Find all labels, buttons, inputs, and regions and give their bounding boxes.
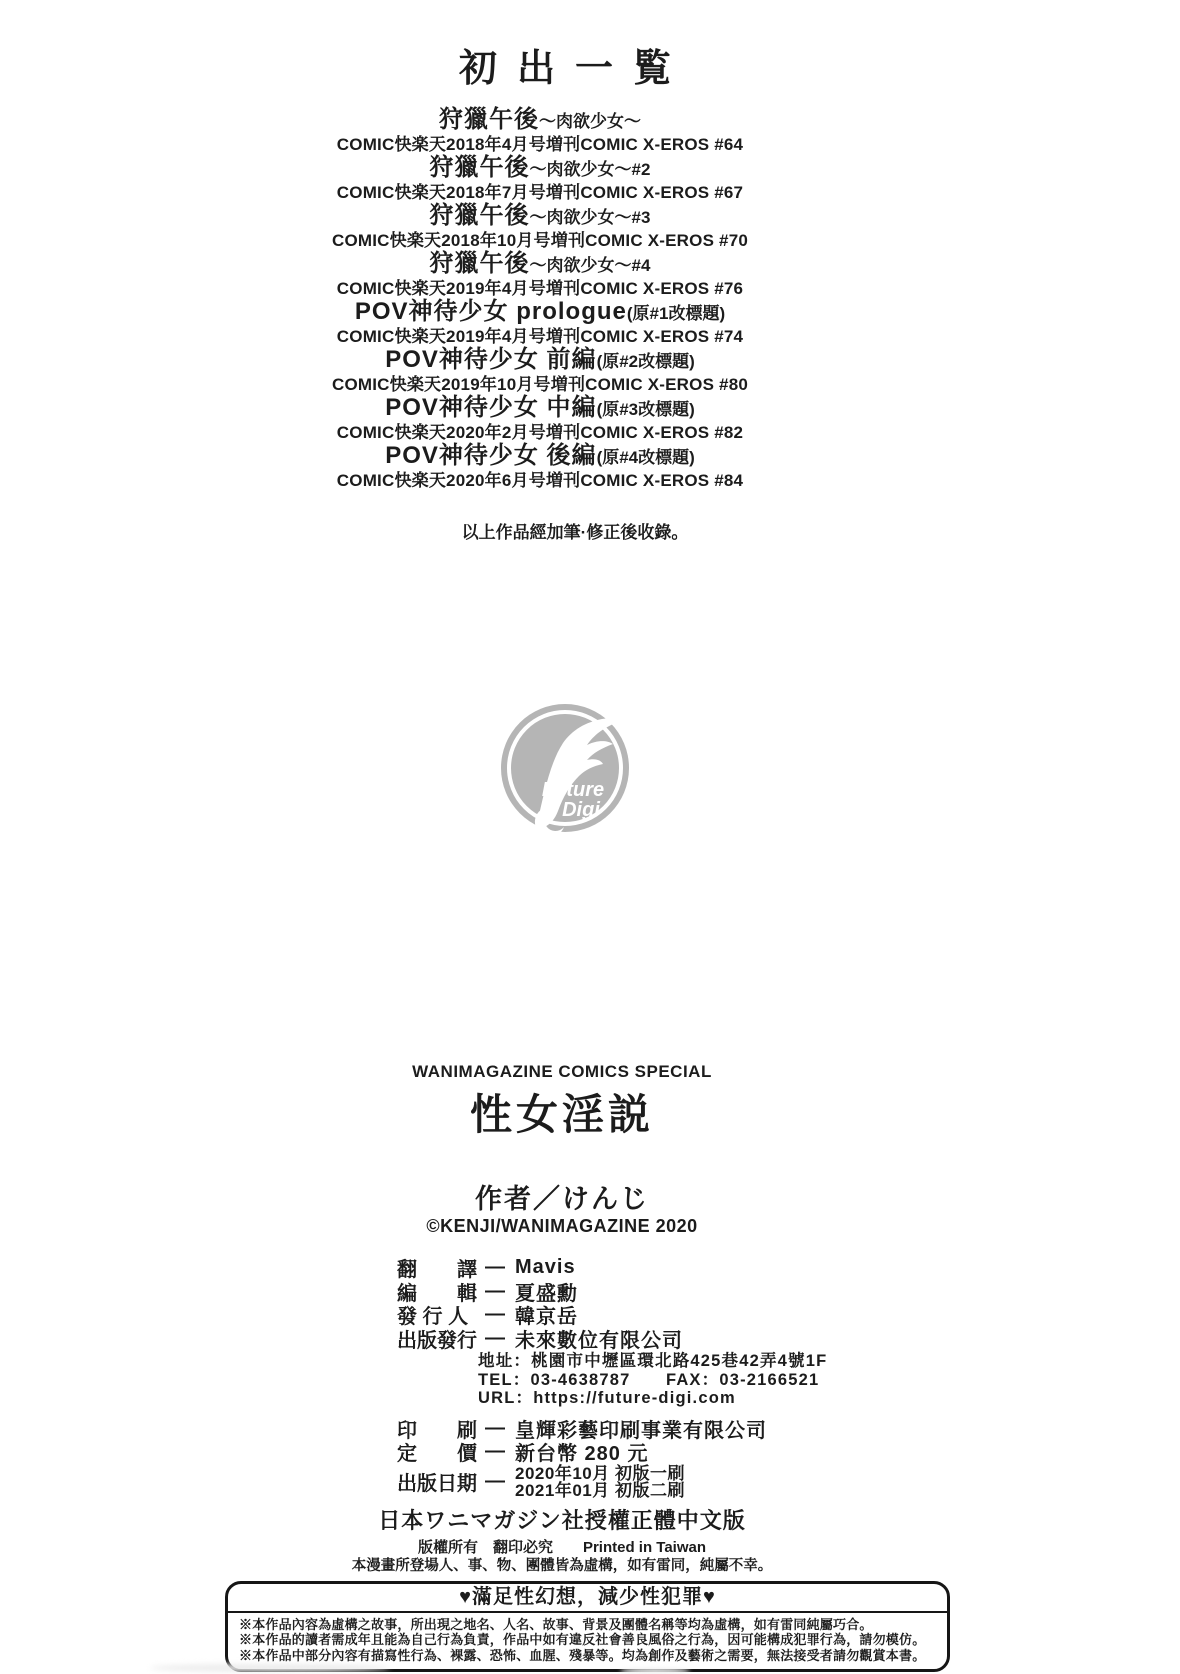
entry-source: COMIC快楽天2020年2月号増刊COMIC X-EROS #82 bbox=[0, 423, 1080, 442]
toc-entry: POV神待少女 prologue(原#1改標題) COMIC快楽天2019年4月… bbox=[0, 298, 1080, 346]
author-line: 作者／けんじ bbox=[0, 1184, 1124, 1214]
credit-label: 出版日期 bbox=[397, 1467, 485, 1496]
credit-dash: — bbox=[485, 1470, 515, 1493]
credit-row-publish-date: 出版日期 — 2020年10月 初版一刷 2021年01月 初版二刷 bbox=[397, 1464, 1180, 1500]
publisher-url: URL：https://future-digi.com bbox=[478, 1389, 1180, 1408]
disclaimer-line: ※本作品內容為虛構之故事，所出現之地名、人名、故事、背景及團體名稱等均為虛構，如… bbox=[239, 1617, 936, 1633]
publish-date-second-printing: 2021年01月 初版二刷 bbox=[515, 1481, 685, 1500]
entry-title-sub: (原#1改標題) bbox=[627, 304, 725, 323]
entry-title-sub: (原#2改標題) bbox=[597, 352, 695, 371]
credit-value: 新台幣 280 元 bbox=[515, 1437, 648, 1466]
publish-date-lines: 2020年10月 初版一刷 2021年01月 初版二刷 bbox=[515, 1465, 685, 1499]
toc-entry: 狩獵午後～肉欲少女～ COMIC快楽天2018年4月号増刊COMIC X-ERO… bbox=[0, 106, 1080, 154]
future-digi-logo-icon: Future Digi bbox=[500, 703, 630, 833]
entry-title-sub: ～肉欲少女～#2 bbox=[530, 160, 651, 179]
entry-title-sub: (原#3改標題) bbox=[597, 400, 695, 419]
logo-text-line2: Digi bbox=[562, 799, 600, 821]
credit-label: 定 價 bbox=[397, 1437, 485, 1466]
credit-dash: — bbox=[485, 1256, 515, 1279]
scanned-colophon-page: { "toc": { "title": "初出一覧", "entries": [… bbox=[0, 0, 1180, 1674]
entry-title: POV神待少女 後編(原#4改標題) bbox=[0, 442, 1080, 471]
logo-text-line1: Future bbox=[542, 779, 604, 801]
entry-source: COMIC快楽天2020年6月号増刊COMIC X-EROS #84 bbox=[0, 471, 1080, 490]
credit-row-publishing-company: 出版發行 — 未來數位有限公司 bbox=[397, 1327, 1180, 1351]
toc-entry: 狩獵午後～肉欲少女～#3 COMIC快楽天2018年10月号増刊COMIC X-… bbox=[0, 202, 1080, 250]
toc-entry: POV神待少女 中編(原#3改標題) COMIC快楽天2020年2月号増刊COM… bbox=[0, 394, 1080, 442]
page-title: 初出一覧 bbox=[70, 46, 1080, 92]
entry-title-main: 狩獵午後 bbox=[430, 202, 530, 229]
publisher-tel-fax: TEL：03-4638787 FAX：03-2166521 bbox=[478, 1371, 1180, 1390]
entry-title-main: POV神待少女 後編 bbox=[385, 442, 596, 469]
book-title: 性女淫説 bbox=[0, 1092, 1124, 1138]
scan-smudge bbox=[150, 1664, 390, 1672]
entry-source: COMIC快楽天2019年10月号増刊COMIC X-EROS #80 bbox=[0, 375, 1080, 394]
credit-value: 未來數位有限公司 bbox=[515, 1324, 683, 1353]
toc-entry: 狩獵午後～肉欲少女～#2 COMIC快楽天2018年7月号増刊COMIC X-E… bbox=[0, 154, 1080, 202]
toc-entry: POV神待少女 前編(原#2改標題) COMIC快楽天2019年10月号増刊CO… bbox=[0, 346, 1080, 394]
entry-title-main: POV神待少女 prologue bbox=[355, 298, 627, 325]
future-digi-logo: Future Digi bbox=[500, 703, 630, 833]
entry-title: 狩獵午後～肉欲少女～#2 bbox=[0, 154, 1080, 183]
entry-title: 狩獵午後～肉欲少女～#4 bbox=[0, 250, 1080, 279]
credit-dash: — bbox=[485, 1280, 515, 1303]
credit-row-price: 定 價 — 新台幣 280 元 bbox=[397, 1440, 1180, 1464]
disclaimer-line: ※本作品的讀者需成年且能為自己行為負責，作品中如有違反社會善良風俗之行為，因可能… bbox=[239, 1632, 936, 1648]
entry-source: COMIC快楽天2018年7月号増刊COMIC X-EROS #67 bbox=[0, 183, 1080, 202]
credits-block: 翻 譯 — Mavis 編 輯 — 夏盛勳 發 行 人 — 韓京岳 出版發行 —… bbox=[397, 1256, 1180, 1350]
entry-title-main: 狩獵午後 bbox=[430, 250, 530, 277]
scan-smudge bbox=[620, 1668, 690, 1674]
credit-label: 出版發行 bbox=[397, 1324, 485, 1353]
licence-line: 日本ワニマガジン社授權正體中文版 bbox=[0, 1508, 1124, 1534]
entry-title-sub: ～肉欲少女～ bbox=[539, 112, 641, 131]
entry-source: COMIC快楽天2018年4月号増刊COMIC X-EROS #64 bbox=[0, 135, 1080, 154]
entry-source: COMIC快楽天2019年4月号増刊COMIC X-EROS #76 bbox=[0, 279, 1080, 298]
revision-note: 以上作品經加筆·修正後收錄。 bbox=[70, 518, 1080, 543]
entry-title-main: POV神待少女 前編 bbox=[385, 346, 596, 373]
copyright-line: ©KENJI/WANIMAGAZINE 2020 bbox=[0, 1216, 1124, 1236]
credit-dash: — bbox=[485, 1303, 515, 1326]
rights-line: 版權所有 翻印必究 Printed in Taiwan bbox=[0, 1539, 1124, 1557]
credit-dash: — bbox=[485, 1327, 515, 1350]
entry-title: 狩獵午後～肉欲少女～#3 bbox=[0, 202, 1080, 231]
entry-title-sub: (原#4改標題) bbox=[597, 448, 695, 467]
entry-title-sub: ～肉欲少女～#4 bbox=[530, 256, 651, 275]
print-credits-block: 印 刷 — 皇輝彩藝印刷事業有限公司 定 價 — 新台幣 280 元 出版日期 … bbox=[397, 1417, 1180, 1500]
toc-entry: POV神待少女 後編(原#4改標題) COMIC快楽天2020年6月号増刊COM… bbox=[0, 442, 1080, 490]
toc-entry: 狩獵午後～肉欲少女～#4 COMIC快楽天2019年4月号増刊COMIC X-E… bbox=[0, 250, 1080, 298]
disclaimer-box: ♥滿足性幻想，減少性犯罪♥ ※本作品內容為虛構之故事，所出現之地名、人名、故事、… bbox=[225, 1581, 950, 1673]
entry-title-main: 狩獵午後 bbox=[430, 154, 530, 181]
entry-source: COMIC快楽天2018年10月号増刊COMIC X-EROS #70 bbox=[0, 231, 1080, 250]
entry-title: POV神待少女 前編(原#2改標題) bbox=[0, 346, 1080, 375]
toc-entries: 狩獵午後～肉欲少女～ COMIC快楽天2018年4月号増刊COMIC X-ERO… bbox=[0, 106, 1080, 490]
colophon: WANIMAGAZINE COMICS SPECIAL 性女淫説 作者／けんじ … bbox=[0, 1062, 1180, 1672]
disclaimer-header: ♥滿足性幻想，減少性犯罪♥ bbox=[228, 1584, 947, 1613]
entry-title: 狩獵午後～肉欲少女～ bbox=[0, 106, 1080, 135]
publisher-address: 地址：桃園市中壢區環北路425巷42弄4號1F bbox=[478, 1352, 1180, 1371]
first-publication-list: 初出一覧 狩獵午後～肉欲少女～ COMIC快楽天2018年4月号増刊COMIC … bbox=[0, 0, 1080, 543]
entry-title: POV神待少女 prologue(原#1改標題) bbox=[0, 298, 1080, 327]
disclaimer-body: ※本作品內容為虛構之故事，所出現之地名、人名、故事、背景及團體名稱等均為虛構，如… bbox=[228, 1613, 947, 1670]
publisher-details: 地址：桃園市中壢區環北路425巷42弄4號1F TEL：03-4638787 F… bbox=[478, 1352, 1180, 1408]
entry-title-main: POV神待少女 中編 bbox=[385, 394, 596, 421]
entry-source: COMIC快楽天2019年4月号増刊COMIC X-EROS #74 bbox=[0, 327, 1080, 346]
entry-title-sub: ～肉欲少女～#3 bbox=[530, 208, 651, 227]
credit-dash: — bbox=[485, 1417, 515, 1440]
credit-dash: — bbox=[485, 1440, 515, 1463]
disclaimer-line: ※本作品中部分內容有描寫性行為、裸露、恐怖、血腥、殘暴等。均為創作及藝術之需要，… bbox=[239, 1648, 936, 1664]
entry-title-main: 狩獵午後 bbox=[439, 106, 539, 133]
entry-title: POV神待少女 中編(原#3改標題) bbox=[0, 394, 1080, 423]
series-name: WANIMAGAZINE COMICS SPECIAL bbox=[0, 1062, 1124, 1082]
fiction-disclaimer-line: 本漫畫所登場人、事、物、團體皆為虛構，如有雷同，純屬不幸。 bbox=[0, 1558, 1124, 1575]
